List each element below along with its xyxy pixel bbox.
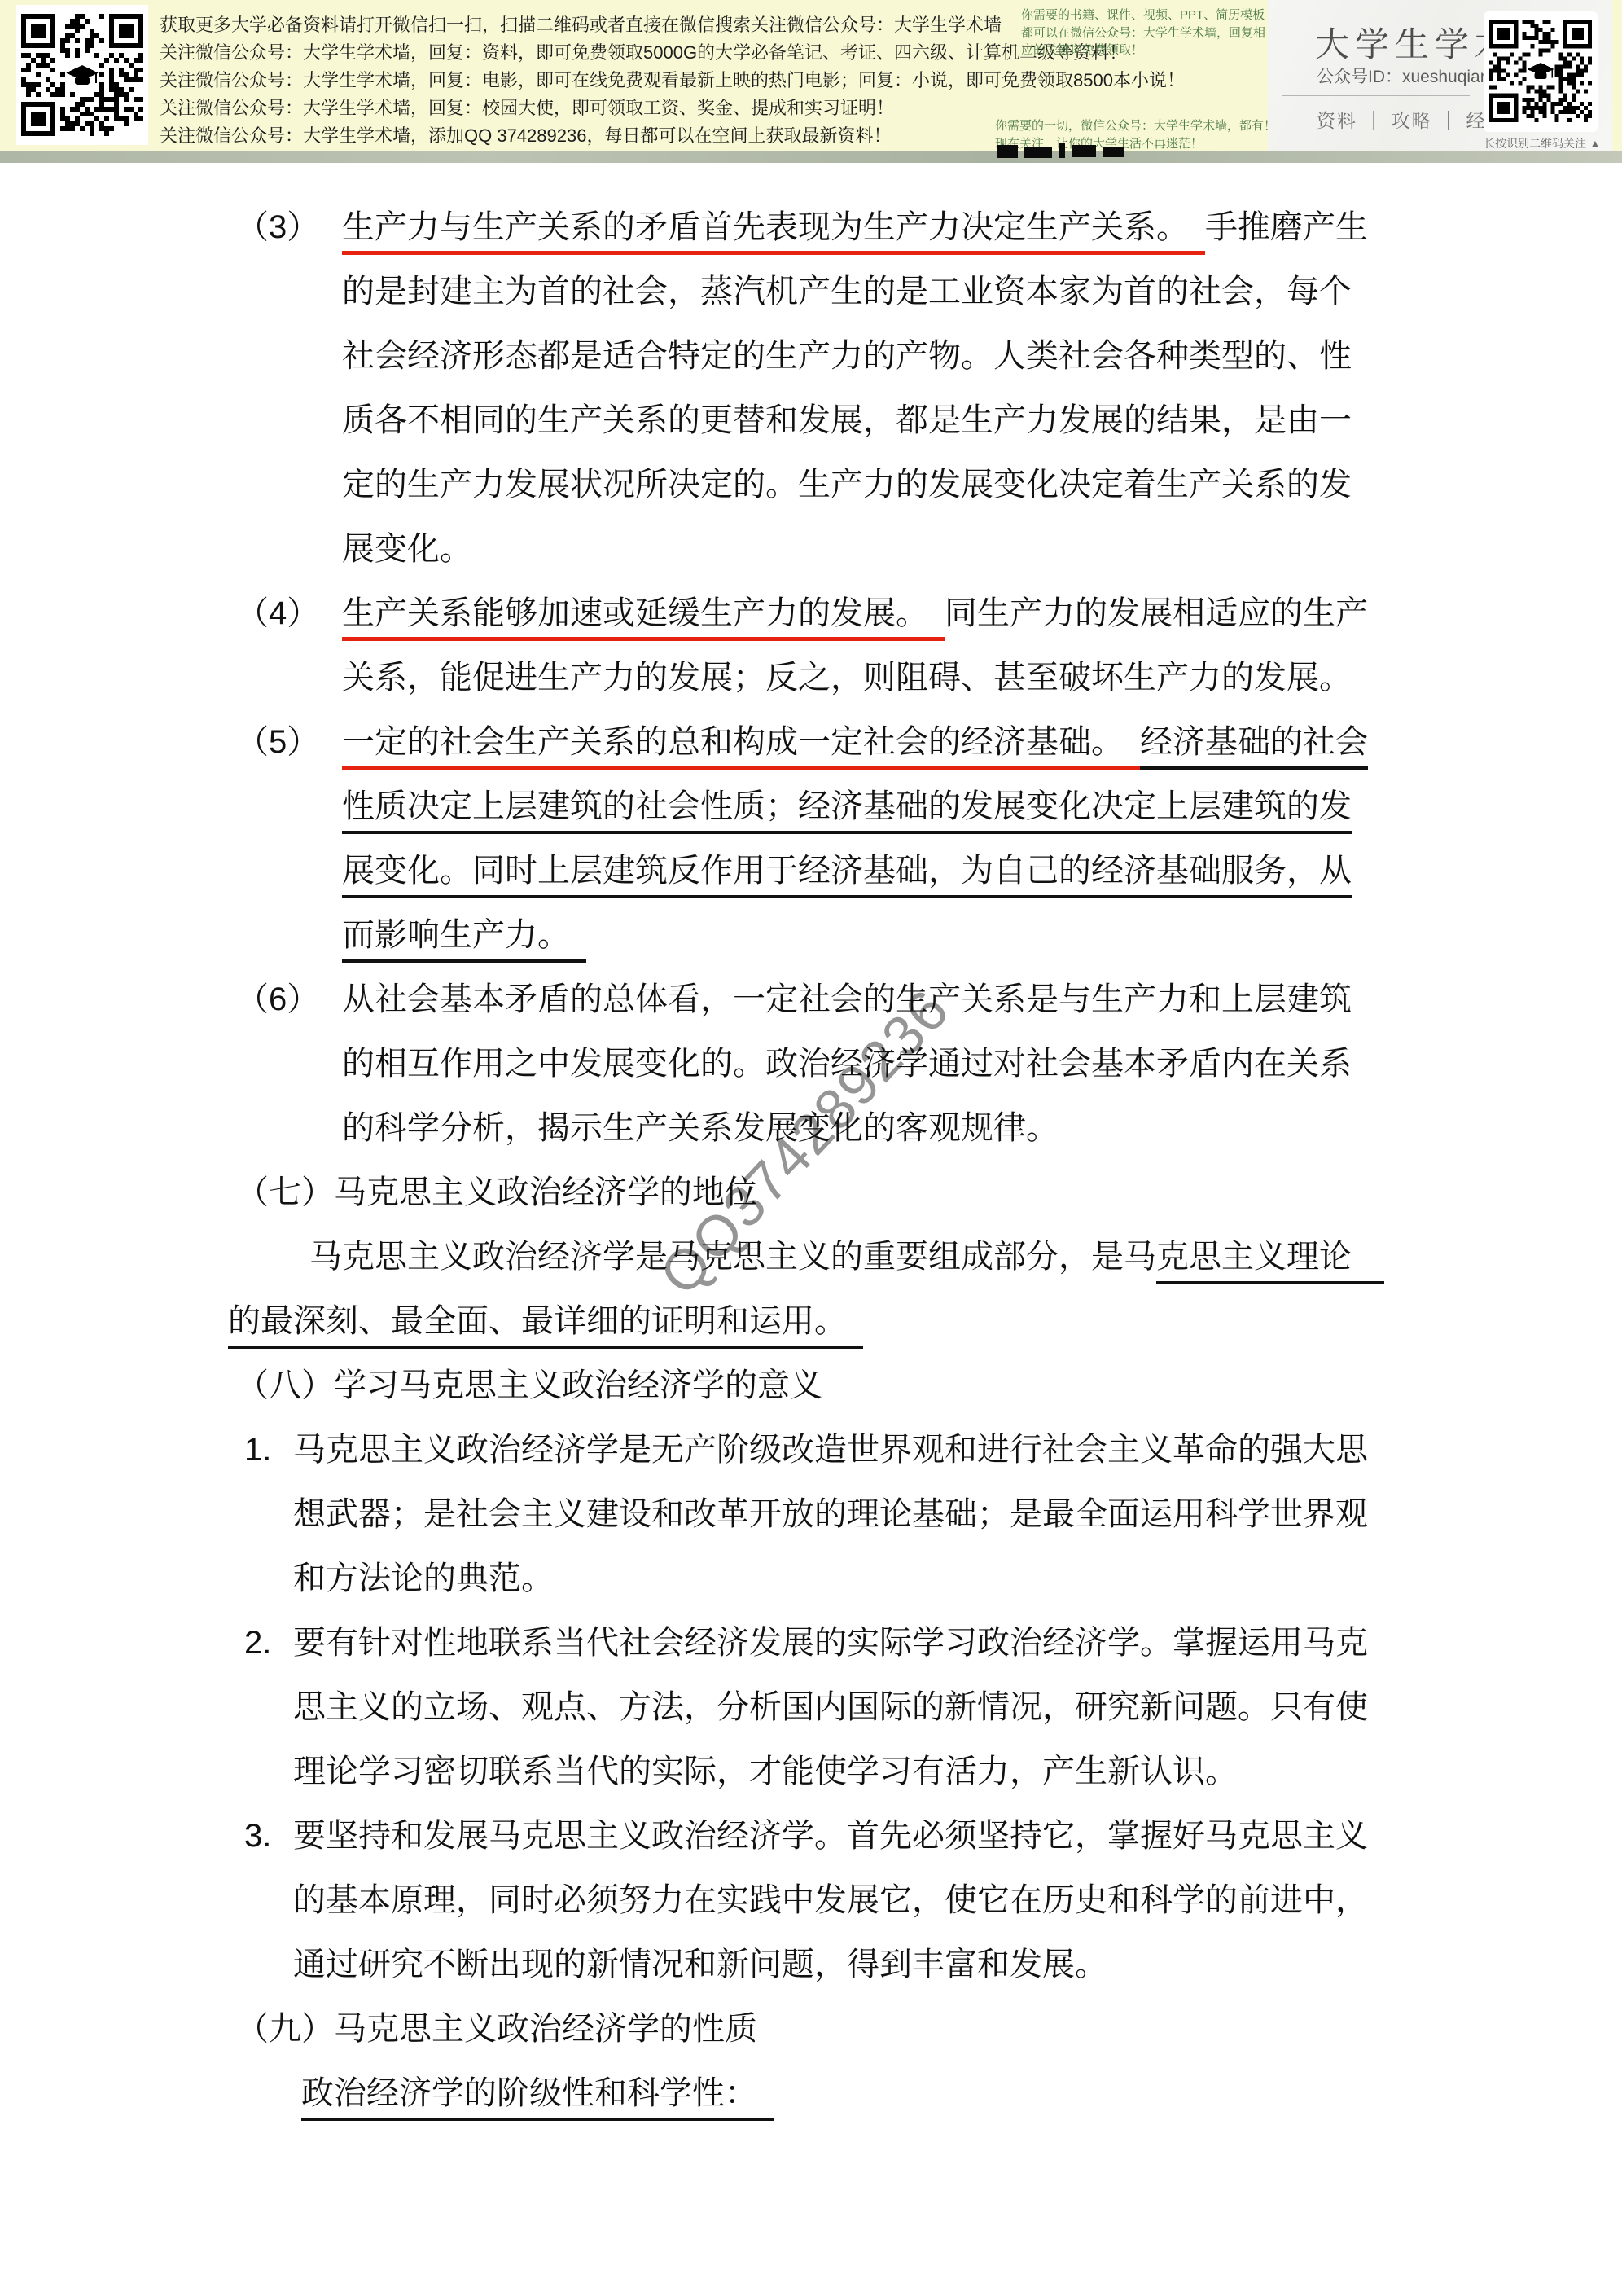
list-marker: （5）	[236, 710, 342, 775]
plain-text: 同生产力的发展相适应的生产	[945, 595, 1368, 631]
text-line: 2.要有针对性地联系当代社会经济发展的实际学习政治经济学。掌握运用马克	[244, 1611, 1622, 1675]
plain-text: 马克思主义政治经济学是无产阶级改造世界观和进行社会主义革命的强大思	[293, 1432, 1368, 1468]
plain-text: 从社会基本矛盾的总体看，一定社会的生产关系是与生产力和上层建筑	[342, 981, 1352, 1017]
text-line: 定的生产力发展状况所决定的。生产力的发展变化决定着生产关系的发	[342, 453, 1622, 517]
plain-text: 和方法论的典范。	[293, 1561, 554, 1596]
underlined-text: 政治经济学的阶级性和科学性：	[301, 2075, 774, 2121]
green-note-line: 应的关键词免费领取！	[1021, 42, 1265, 59]
clipped-text-fragment	[1024, 147, 1052, 158]
green-note-line: 你需要的书籍、课件、视频、PPT、简历模板	[1021, 7, 1265, 24]
clipped-text-fragment	[997, 145, 1018, 158]
text-line: 社会经济形态都是适合特定的生产力的产物。人类社会各种类型的、性	[342, 324, 1622, 389]
promo-banner: 获取更多大学必备资料请打开微信扫一扫，扫描二维码或者直接在微信搜索关注微信公众号…	[0, 0, 1622, 151]
text-line: 的科学分析，揭示生产关系发展变化的客观规律。	[342, 1096, 1622, 1161]
text-line: （七）马克思主义政治经济学的地位	[236, 1161, 1622, 1225]
text-line: 的最深刻、最全面、最详细的证明和运用。	[228, 1289, 1622, 1354]
text-line: 理论学习密切联系当代的实际，才能使学习有活力，产生新认识。	[293, 1740, 1622, 1804]
document-page: 获取更多大学必备资料请打开微信扫一扫，扫描二维码或者直接在微信搜索关注微信公众号…	[0, 0, 1622, 2296]
qr-code-icon	[21, 11, 143, 138]
text-line: 的是封建主为首的社会，蒸汽机产生的是工业资本家为首的社会，每个	[342, 260, 1622, 324]
plain-text: （九）马克思主义政治经济学的性质	[236, 2011, 757, 2047]
promo-line: 关注微信公众号：大学生学术墙，回复：校园大使，即可领取工资、奖金、提成和实习证明…	[160, 94, 1015, 122]
banner-edge-strip	[1612, 0, 1622, 151]
plain-text: 关系，能促进生产力的发展；反之，则阻碍、甚至破坏生产力的发展。	[342, 660, 1352, 696]
underlined-text: 而影响生产力。	[342, 917, 586, 963]
plain-text: 通过研究不断出现的新情况和新问题，得到丰富和发展。	[293, 1947, 1107, 1982]
underlined-text: 生产关系能够加速或延缓生产力的发展。	[342, 595, 945, 641]
qr-code-icon	[1489, 17, 1592, 125]
text-line: （5）一定的社会生产关系的总和构成一定社会的经济基础。 经济基础的社会	[236, 710, 1622, 775]
plain-text: （七）马克思主义政治经济学的地位	[236, 1174, 757, 1210]
clipped-text-fragment	[1103, 147, 1124, 157]
list-marker: 2.	[244, 1611, 293, 1675]
list-marker: （3）	[236, 195, 342, 260]
plain-text: 质各不相同的生产关系的更替和发展，都是生产力发展的结果，是由一	[342, 402, 1352, 438]
text-line: （九）马克思主义政治经济学的性质	[236, 1997, 1622, 2061]
underlined-text: 一定的社会生产关系的总和构成一定社会的经济基础。	[342, 724, 1140, 770]
green-note-line: 你需要的一切，微信公众号：大学生学术墙，都有！	[995, 117, 1276, 135]
plain-text: （八）学习马克思主义政治经济学的意义	[236, 1368, 822, 1403]
plain-text: 定的生产力发展状况所决定的。生产力的发展变化决定着生产关系的发	[342, 467, 1352, 503]
list-marker: 1.	[244, 1418, 293, 1482]
underlined-text: 经济基础的社会	[1140, 724, 1368, 770]
brand-panel: 大学生学术墙 公众号ID：xueshuqiang8888 资料 ｜ 攻略 ｜ 经…	[1268, 0, 1612, 151]
plain-text: 的是封建主为首的社会，蒸汽机产生的是工业资本家为首的社会，每个	[342, 274, 1352, 309]
underlined-text: 的最深刻、最全面、最详细的证明和运用。	[228, 1303, 863, 1349]
plain-text: 手推磨产生	[1205, 209, 1368, 245]
qr-caption: 长按识别二维码关注 ▲	[1473, 135, 1611, 151]
text-line: （4）生产关系能够加速或延缓生产力的发展。 同生产力的发展相适应的生产	[236, 582, 1622, 646]
qr-code-left	[16, 5, 148, 145]
text-line: 政治经济学的阶级性和科学性：	[301, 2061, 1622, 2126]
list-marker: （4）	[236, 582, 342, 646]
text-line: 性质决定上层建筑的社会性质；经济基础的发展变化决定上层建筑的发	[342, 775, 1622, 839]
text-line: 而影响生产力。	[342, 903, 1622, 968]
text-line: 展变化。	[342, 517, 1622, 582]
text-line: 的基本原理，同时必须努力在实践中发展它，使它在历史和科学的前进中，	[293, 1868, 1622, 1933]
promo-line: 关注微信公众号：大学生学术墙，回复：资料，即可免费领取5000G的大学必备笔记、…	[160, 39, 1015, 67]
underlined-text: 生产力与生产关系的矛盾首先表现为生产力决定生产关系。	[342, 209, 1205, 255]
underlined-text: 克思主义理论	[1156, 1239, 1384, 1284]
text-line: 和方法论的典范。	[293, 1547, 1622, 1611]
plain-text: 要有针对性地联系当代社会经济发展的实际学习政治经济学。掌握运用马克	[293, 1625, 1368, 1661]
text-line: 3.要坚持和发展马克思主义政治经济学。首先必须坚持它，掌握好马克思主义	[244, 1804, 1622, 1868]
promo-line: 获取更多大学必备资料请打开微信扫一扫，扫描二维码或者直接在微信搜索关注微信公众号…	[160, 11, 1015, 39]
qr-code-right	[1484, 11, 1598, 132]
plain-text: 马克思主义政治经济学是马克思主义的重要组成部分，是马	[309, 1239, 1156, 1275]
plain-text: 理论学习密切联系当代的实际，才能使学习有活力，产生新认识。	[293, 1754, 1238, 1789]
plain-text: 社会经济形态都是适合特定的生产力的产物。人类社会各种类型的、性	[342, 338, 1352, 374]
list-marker: 3.	[244, 1804, 293, 1868]
brand-divider	[1282, 95, 1470, 96]
promo-line: 关注微信公众号：大学生学术墙，回复：电影，即可在线免费观看最新上映的热门电影；回…	[160, 67, 1015, 94]
text-line: （3）生产力与生产关系的矛盾首先表现为生产力决定生产关系。 手推磨产生	[236, 195, 1622, 260]
plain-text: 展变化。	[342, 531, 472, 567]
plain-text: 想武器；是社会主义建设和改革开放的理论基础；是最全面运用科学世界观	[293, 1496, 1368, 1532]
list-marker: （6）	[236, 968, 342, 1032]
plain-text: 的相互作用之中发展变化的。政治经济学通过对社会基本矛盾内在关系	[342, 1046, 1352, 1082]
plain-text: 要坚持和发展马克思主义政治经济学。首先必须坚持它，掌握好马克思主义	[293, 1818, 1368, 1854]
clipped-text-fragment	[1072, 145, 1096, 157]
text-line: 的相互作用之中发展变化的。政治经济学通过对社会基本矛盾内在关系	[342, 1032, 1622, 1096]
text-line: 关系，能促进生产力的发展；反之，则阻碍、甚至破坏生产力的发展。	[342, 646, 1622, 710]
document-body: （3）生产力与生产关系的矛盾首先表现为生产力决定生产关系。 手推磨产生的是封建主…	[0, 195, 1622, 2126]
plain-text: 思主义的立场、观点、方法，分析国内国际的新情况，研究新问题。只有使	[293, 1689, 1368, 1725]
plain-text: 的基本原理，同时必须努力在实践中发展它，使它在历史和科学的前进中，	[293, 1882, 1368, 1918]
text-line: 思主义的立场、观点、方法，分析国内国际的新情况，研究新问题。只有使	[293, 1675, 1622, 1740]
promo-line: 关注微信公众号：大学生学术墙，添加QQ 374289236，每日都可以在空间上获…	[160, 122, 1015, 150]
underlined-text: 性质决定上层建筑的社会性质；经济基础的发展变化决定上层建筑的发	[342, 788, 1352, 834]
green-note-line: 都可以在微信公众号：大学生学术墙，回复相	[1021, 24, 1265, 42]
text-line: 展变化。同时上层建筑反作用于经济基础，为自己的经济基础服务，从	[342, 839, 1622, 903]
text-line: 马克思主义政治经济学是马克思主义的重要组成部分，是马克思主义理论	[309, 1225, 1622, 1289]
background-strip	[0, 151, 1622, 163]
clipped-text-fragment	[1059, 143, 1065, 158]
text-line: 想武器；是社会主义建设和改革开放的理论基础；是最全面运用科学世界观	[293, 1482, 1622, 1547]
text-line: （八）学习马克思主义政治经济学的意义	[236, 1354, 1622, 1418]
plain-text: 的科学分析，揭示生产关系发展变化的客观规律。	[342, 1110, 1059, 1146]
promo-text-block: 获取更多大学必备资料请打开微信扫一扫，扫描二维码或者直接在微信搜索关注微信公众号…	[160, 11, 1015, 150]
text-line: 1.马克思主义政治经济学是无产阶级改造世界观和进行社会主义革命的强大思	[244, 1418, 1622, 1482]
green-note-1: 你需要的书籍、课件、视频、PPT、简历模板都可以在微信公众号：大学生学术墙，回复…	[1021, 7, 1265, 59]
text-line: （6）从社会基本矛盾的总体看，一定社会的生产关系是与生产力和上层建筑	[236, 968, 1622, 1032]
underlined-text: 展变化。同时上层建筑反作用于经济基础，为自己的经济基础服务，从	[342, 853, 1352, 898]
text-line: 质各不相同的生产关系的更替和发展，都是生产力发展的结果，是由一	[342, 389, 1622, 453]
text-line: 通过研究不断出现的新情况和新问题，得到丰富和发展。	[293, 1933, 1622, 1997]
